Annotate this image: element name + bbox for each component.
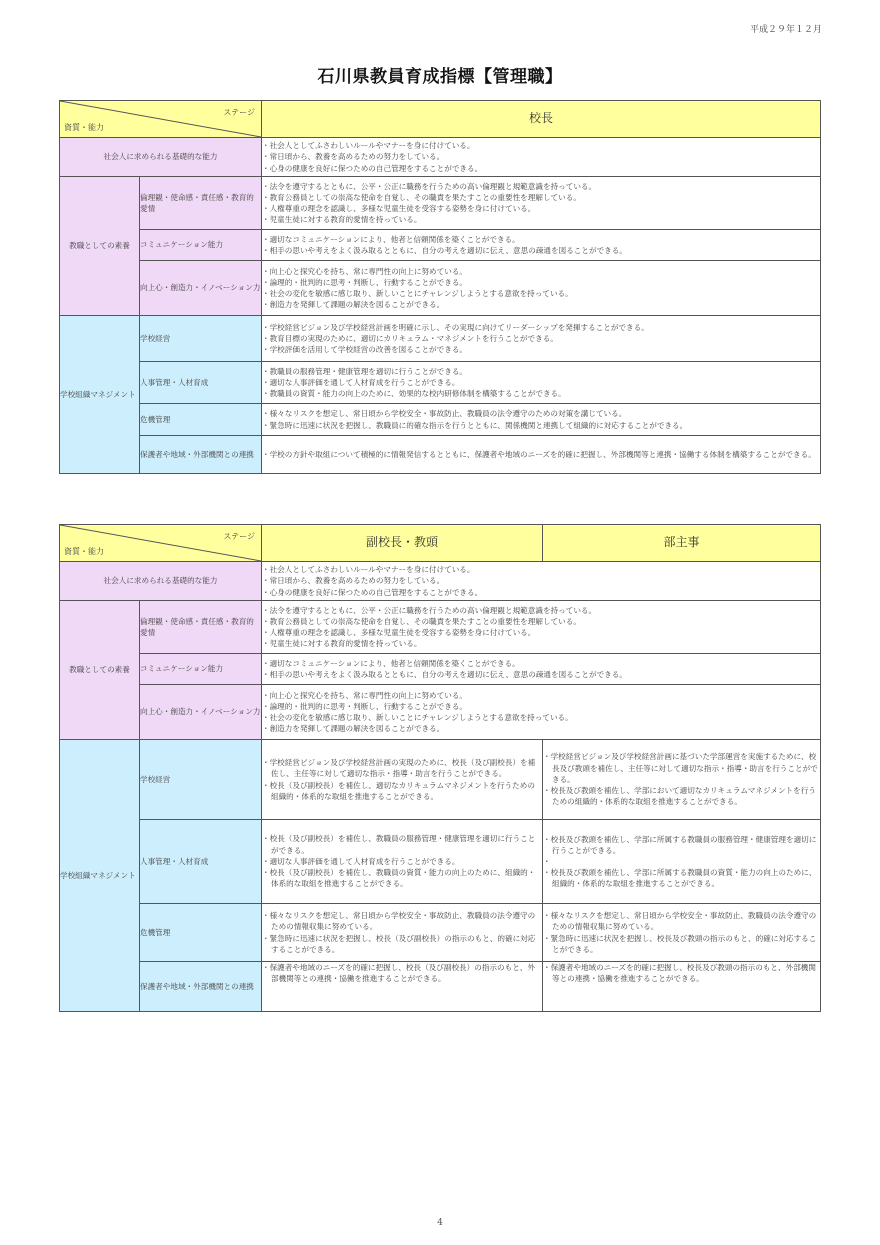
- list-item: 校長（及び副校長）を補佐し、教職員の資質・能力の向上のために、組織的・体系的な取…: [262, 867, 542, 889]
- subcategory-innovation: 向上心・創造力・イノベーション力: [140, 685, 262, 740]
- partnership-items-vice-principal: 保護者や地域のニーズを的確に把握し、校長（及び副校長）の指示のもと、外部機関等と…: [262, 962, 543, 1012]
- principal-indicator-table: ステージ 資質・能力 校長 社会人に求められる基礎的な能力 社会人としてふさわし…: [59, 100, 821, 474]
- page-number: 4: [0, 1218, 880, 1228]
- list-item: 適切な人事評価を通して人材育成を行うことができる。: [262, 856, 542, 867]
- list-item: 教育公務員としての崇高な使命を自覚し、その職責を果たすことの重要性を理解している…: [262, 616, 820, 627]
- subcategory-school-administration: 学校経営: [140, 740, 262, 820]
- list-item: 人権尊重の理念を認識し、多様な児童生徒を受容する姿勢を身に付けている。: [262, 627, 820, 638]
- list-item: 保護者や地域のニーズを的確に把握し、校長及び教頭の指示のもと、外部機関等との連携…: [543, 962, 820, 984]
- stage-header-department-head: 部主事: [543, 525, 821, 562]
- category-school-management: 学校組織マネジメント: [60, 740, 140, 1012]
- list-item: 学校の方針や取組について積極的に情報発信するとともに、保護者や地域のニーズを的確…: [262, 449, 820, 460]
- hr-development-items: 教職員の服務管理・健康管理を適切に行うことができる。 適切な人事評価を通して人材…: [262, 362, 821, 404]
- category-basic-ability: 社会人に求められる基礎的な能力: [60, 138, 262, 177]
- partnership-items: 学校の方針や取組について積極的に情報発信するとともに、保護者や地域のニーズを的確…: [262, 436, 821, 474]
- list-item: 児童生徒に対する教育的愛情を持っている。: [262, 638, 820, 649]
- list-item: 社会人としてふさわしいルールやマナーを身に付けている。: [262, 564, 820, 575]
- list-item: 相手の思いや考えをよく汲み取るとともに、自分の考えを適切に伝え、意思の疎通を図る…: [262, 669, 820, 680]
- quality-axis-label: 資質・能力: [64, 546, 104, 557]
- stage-axis-label: ステージ: [223, 107, 255, 118]
- category-basic-ability: 社会人に求められる基礎的な能力: [60, 562, 262, 601]
- category-school-management: 学校組織マネジメント: [60, 316, 140, 474]
- list-item: 適切なコミュニケーションにより、他者と信頼関係を築くことができる。: [262, 658, 820, 669]
- category-teacher-qualities: 教職としての素養: [60, 177, 140, 316]
- list-item: 緊急時に迅速に状況を把握し、校長（及び副校長）の指示のもと、的確に対応することが…: [262, 933, 542, 955]
- subcategory-communication: コミュニケーション能力: [140, 654, 262, 685]
- list-item: 学校経営ビジョン及び学校経営計画の実現のために、校長（及び副校長）を補佐し、主任…: [262, 757, 542, 779]
- list-item: 法令を遵守するとともに、公平・公正に職務を行うための高い倫理観と規範意識を持って…: [262, 181, 820, 192]
- subcategory-ethics: 倫理観・使命感・責任感・教育的愛情: [140, 177, 262, 230]
- subcategory-hr-development: 人事管理・人材育成: [140, 820, 262, 904]
- category-teacher-qualities: 教職としての素養: [60, 601, 140, 740]
- subcategory-crisis-management: 危機管理: [140, 404, 262, 436]
- stage-header-principal: 校長: [262, 101, 821, 138]
- list-item: 教職員の資質・能力の向上のために、効果的な校内研修体制を構築することができる。: [262, 388, 820, 399]
- list-item: 学校評価を活用して学校経営の改善を図ることができる。: [262, 344, 820, 355]
- subcategory-partnership: 保護者や地域・外部機関との連携: [140, 962, 262, 1012]
- list-item: 論理的・批判的に思考・判断し、行動することができる。: [262, 277, 820, 288]
- subcategory-crisis-management: 危機管理: [140, 904, 262, 962]
- header-corner-cell: ステージ 資質・能力: [60, 101, 262, 138]
- innovation-items: 向上心と探究心を持ち、常に専門性の向上に努めている。 論理的・批判的に思考・判断…: [262, 685, 821, 740]
- list-item: 常日頃から、教養を高めるための努力をしている。: [262, 575, 820, 586]
- partnership-items-department-head: 保護者や地域のニーズを的確に把握し、校長及び教頭の指示のもと、外部機関等との連携…: [543, 962, 821, 1012]
- subcategory-school-administration: 学校経営: [140, 316, 262, 362]
- list-item: 社会の変化を敏感に感じ取り、新しいことにチャレンジしようとする意欲を持っている。: [262, 288, 820, 299]
- basic-ability-items: 社会人としてふさわしいルールやマナーを身に付けている。 常日頃から、教養を高める…: [262, 138, 821, 177]
- list-item: 向上心と探究心を持ち、常に専門性の向上に努めている。: [262, 266, 820, 277]
- subcategory-hr-development: 人事管理・人材育成: [140, 362, 262, 404]
- list-item: 常日頃から、教養を高めるための努力をしている。: [262, 151, 820, 162]
- list-item: 緊急時に迅速に状況を把握し、校長及び教頭の指示のもと、的確に対応することができる…: [543, 933, 820, 955]
- list-item: 創造力を発揮して課題の解決を図ることができる。: [262, 723, 820, 734]
- list-item: 様々なリスクを想定し、常日頃から学校安全・事故防止、教職員の法令遵守のための対策…: [262, 408, 820, 419]
- school-administration-items-department-head: 学校経営ビジョン及び学校経営計画に基づいた学部運営を実施するために、校長及び教頭…: [543, 740, 821, 820]
- list-item: 創造力を発揮して課題の解決を図ることができる。: [262, 299, 820, 310]
- ethics-items: 法令を遵守するとともに、公平・公正に職務を行うための高い倫理観と規範意識を持って…: [262, 601, 821, 654]
- list-item: 適切な人事評価を通して人材育成を行うことができる。: [262, 377, 820, 388]
- list-item: 校長及び教頭を補佐し、学部に所属する教職員の服務管理・健康管理を適切に行うことが…: [543, 834, 820, 856]
- list-item: 向上心と探究心を持ち、常に専門性の向上に努めている。: [262, 690, 820, 701]
- list-item: 法令を遵守するとともに、公平・公正に職務を行うための高い倫理観と規範意識を持って…: [262, 605, 820, 616]
- school-administration-items-vice-principal: 学校経営ビジョン及び学校経営計画の実現のために、校長（及び副校長）を補佐し、主任…: [262, 740, 543, 820]
- crisis-management-items-department-head: 様々なリスクを想定し、常日頃から学校安全・事故防止、教職員の法令遵守のための情報…: [543, 904, 821, 962]
- communication-items: 適切なコミュニケーションにより、他者と信頼関係を築くことができる。 相手の思いや…: [262, 230, 821, 261]
- list-item: 論理的・批判的に思考・判断し、行動することができる。: [262, 701, 820, 712]
- list-item: 校長及び教頭を補佐し、学部に所属する教職員の資質・能力の向上のために、組織的・体…: [543, 867, 820, 889]
- list-item: 児童生徒に対する教育的愛情を持っている。: [262, 214, 820, 225]
- spacer: [543, 856, 820, 867]
- list-item: 様々なリスクを想定し、常日頃から学校安全・事故防止、教職員の法令遵守のための情報…: [543, 910, 820, 932]
- list-item: 保護者や地域のニーズを的確に把握し、校長（及び副校長）の指示のもと、外部機関等と…: [262, 962, 542, 984]
- list-item: 学校経営ビジョン及び学校経営計画に基づいた学部運営を実施するために、校長及び教頭…: [543, 751, 820, 785]
- list-item: 心身の健康を良好に保つための自己管理をすることができる。: [262, 587, 820, 598]
- ethics-items: 法令を遵守するとともに、公平・公正に職務を行うための高い倫理観と規範意識を持って…: [262, 177, 821, 230]
- list-item: 緊急時に迅速に状況を把握し、教職員に的確な指示を行うとともに、関係機関と連携して…: [262, 420, 820, 431]
- list-item: 社会人としてふさわしいルールやマナーを身に付けている。: [262, 140, 820, 151]
- hr-development-items-vice-principal: 校長（及び副校長）を補佐し、教職員の服務管理・健康管理を適切に行うことができる。…: [262, 820, 543, 904]
- subcategory-innovation: 向上心・創造力・イノベーション力: [140, 261, 262, 316]
- list-item: 学校経営ビジョン及び学校経営計画を明確に示し、その実現に向けてリーダーシップを発…: [262, 322, 820, 333]
- document-date: 平成２９年１２月: [750, 22, 822, 35]
- page-title: 石川県教員育成指標【管理職】: [0, 62, 880, 87]
- stage-axis-label: ステージ: [223, 531, 255, 542]
- list-item: 相手の思いや考えをよく汲み取るとともに、自分の考えを適切に伝え、意思の疎通を図る…: [262, 245, 820, 256]
- crisis-management-items: 様々なリスクを想定し、常日頃から学校安全・事故防止、教職員の法令遵守のための対策…: [262, 404, 821, 436]
- list-item: 社会の変化を敏感に感じ取り、新しいことにチャレンジしようとする意欲を持っている。: [262, 712, 820, 723]
- stage-header-vice-principal: 副校長・教頭: [262, 525, 543, 562]
- subcategory-ethics: 倫理観・使命感・責任感・教育的愛情: [140, 601, 262, 654]
- list-item: 教育公務員としての崇高な使命を自覚し、その職責を果たすことの重要性を理解している…: [262, 192, 820, 203]
- school-administration-items: 学校経営ビジョン及び学校経営計画を明確に示し、その実現に向けてリーダーシップを発…: [262, 316, 821, 362]
- list-item: 人権尊重の理念を認識し、多様な児童生徒を受容する姿勢を身に付けている。: [262, 203, 820, 214]
- basic-ability-items: 社会人としてふさわしいルールやマナーを身に付けている。 常日頃から、教養を高める…: [262, 562, 821, 601]
- list-item: 適切なコミュニケーションにより、他者と信頼関係を築くことができる。: [262, 234, 820, 245]
- innovation-items: 向上心と探究心を持ち、常に専門性の向上に努めている。 論理的・批判的に思考・判断…: [262, 261, 821, 316]
- list-item: 教職員の服務管理・健康管理を適切に行うことができる。: [262, 366, 820, 377]
- list-item: 様々なリスクを想定し、常日頃から学校安全・事故防止、教職員の法令遵守のための情報…: [262, 910, 542, 932]
- crisis-management-items-vice-principal: 様々なリスクを想定し、常日頃から学校安全・事故防止、教職員の法令遵守のための情報…: [262, 904, 543, 962]
- vice-principal-indicator-table: ステージ 資質・能力 副校長・教頭 部主事 社会人に求められる基礎的な能力 社会…: [59, 524, 821, 1012]
- header-corner-cell: ステージ 資質・能力: [60, 525, 262, 562]
- quality-axis-label: 資質・能力: [64, 122, 104, 133]
- list-item: 校長及び教頭を補佐し、学部において適切なカリキュラムマネジメントを行うための組織…: [543, 785, 820, 807]
- list-item: 心身の健康を良好に保つための自己管理をすることができる。: [262, 163, 820, 174]
- list-item: 校長（及び副校長）を補佐し、教職員の服務管理・健康管理を適切に行うことができる。: [262, 833, 542, 855]
- subcategory-partnership: 保護者や地域・外部機関との連携: [140, 436, 262, 474]
- hr-development-items-department-head: 校長及び教頭を補佐し、学部に所属する教職員の服務管理・健康管理を適切に行うことが…: [543, 820, 821, 904]
- list-item: 教育目標の実現のために、適切にカリキュラム・マネジメントを行うことができる。: [262, 333, 820, 344]
- subcategory-communication: コミュニケーション能力: [140, 230, 262, 261]
- communication-items: 適切なコミュニケーションにより、他者と信頼関係を築くことができる。 相手の思いや…: [262, 654, 821, 685]
- list-item: 校長（及び副校長）を補佐し、適切なカリキュラムマネジメントを行うための組織的・体…: [262, 780, 542, 802]
